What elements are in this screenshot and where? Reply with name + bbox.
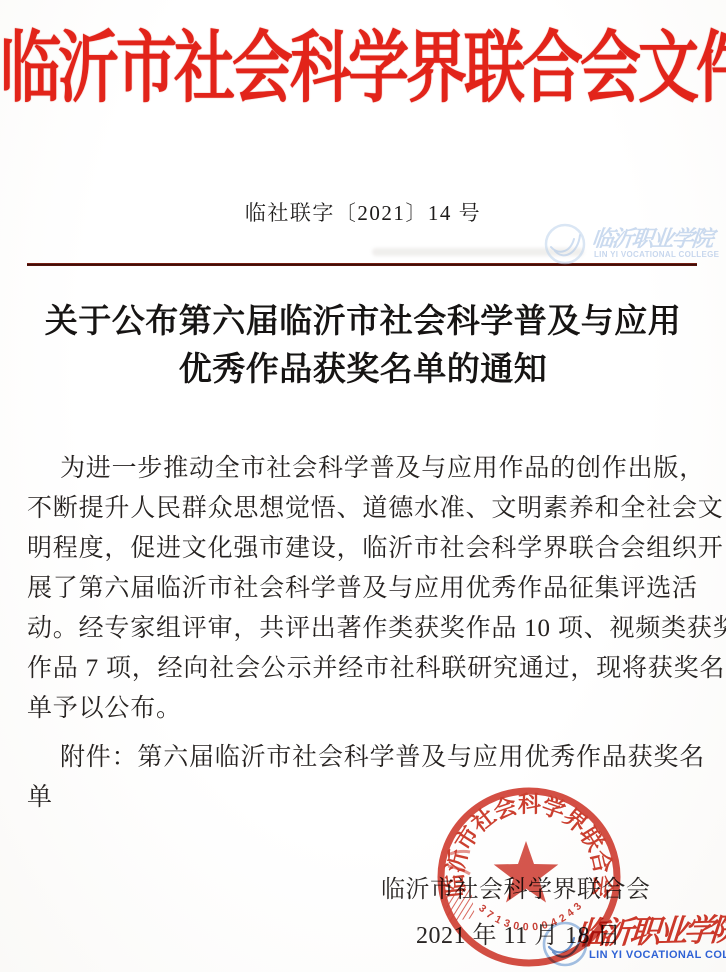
watermark-top-cn: 临沂职业学院 [590, 222, 713, 253]
body-line: 展了第六届临沂市社会科学普及与应用优秀作品征集评选活 [27, 569, 703, 609]
seal-overprint-hatch [444, 886, 475, 921]
notice-title: 关于公布第六届临沂市社会科学普及与应用 优秀作品获奖名单的通知 [0, 298, 726, 394]
body-line: 作品 7 项，经向社会公示并经市社科联研究通过，现将获奖名 [27, 649, 703, 689]
watermark-top-en: LIN YI VOCATIONAL COLLEGE [594, 250, 719, 259]
watermark-top-right: 临沂职业学院 LIN YI VOCATIONAL COLLEGE [543, 220, 725, 272]
body-line: 单予以公布。 [27, 689, 703, 729]
notice-body: 为进一步推动全市社会科学普及与应用作品的创作出版， 不断提升人民群众思想觉悟、道… [27, 449, 703, 818]
body-line: 动。经专家组评审，共评出著作类获奖作品 10 项、视频类获奖 [27, 609, 703, 649]
notice-title-line2: 优秀作品获奖名单的通知 [0, 346, 726, 394]
red-letterhead-title: 临沂市社会科学界联合会文件 [0, 6, 726, 117]
college-swoosh-icon [543, 220, 589, 268]
attachment-line1: 附件：第六届临沂市社会科学普及与应用优秀作品获奖名 [27, 738, 703, 778]
watermark-bottom-cn: 临沂职业学院 [574, 904, 726, 953]
watermark-bottom-en: LIN YI VOCATIONAL COLLEGE [589, 949, 726, 961]
body-line: 明程度，促进文化强市建设，临沂市社会科学界联合会组织开 [27, 529, 703, 569]
seal-star [494, 841, 559, 903]
official-document-page: 临沂市社会科学界联合会文件 临社联字〔2021〕14 号 临沂职业学院 LIN … [0, 0, 726, 972]
body-line: 为进一步推动全市社会科学普及与应用作品的创作出版， [27, 449, 703, 489]
notice-title-line1: 关于公布第六届临沂市社会科学普及与应用 [0, 298, 726, 346]
body-line: 不断提升人民群众思想觉悟、道德水准、文明素养和全社会文 [27, 489, 703, 529]
